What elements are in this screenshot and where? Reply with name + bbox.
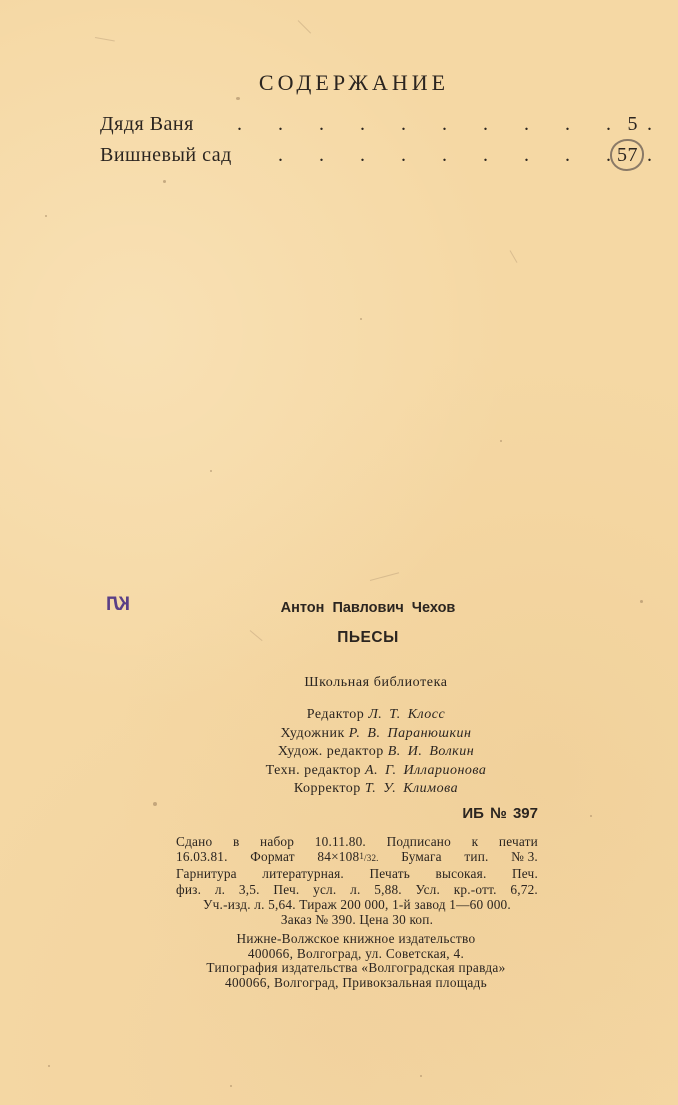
credit-name: Т. У. Климова xyxy=(365,781,458,796)
toc-entry-page: 57 xyxy=(617,144,638,167)
book-title: ПЬЕСЫ xyxy=(0,629,678,647)
toc-entry-title: Вишневый сад xyxy=(100,144,232,167)
toc-entry-page: 5 xyxy=(628,113,639,136)
credits-list: РедакторЛ. Т. Клосс ХудожникР. В. Параню… xyxy=(0,706,678,799)
leader-dots: . . . . . . . . . . . xyxy=(237,113,668,136)
credit-line: ХудожникР. В. Паранюшкин xyxy=(74,725,678,744)
imprint-line: Заказ № 390. Цена 30 коп. xyxy=(176,912,538,927)
publisher-info: Нижне-Волжское книжное издательство 4000… xyxy=(170,932,542,990)
credit-line: КорректорТ. У. Климова xyxy=(74,780,678,799)
credit-role: Корректор xyxy=(294,781,361,796)
paper-format: 84×1081/32. xyxy=(317,849,378,866)
imprint-line: физ.л.3,5.Печ.усл.л.5,88.Усл.кр.-отт.6,7… xyxy=(176,882,538,897)
credit-role: Худож. редактор xyxy=(278,744,384,759)
author-name: Антон Павлович Чехов xyxy=(0,600,678,616)
credit-role: Техн. редактор xyxy=(266,763,361,778)
publisher-line: Нижне-Волжское книжное издательство xyxy=(170,932,542,947)
credit-name: А. Г. Илларионова xyxy=(365,763,486,778)
imprint-line: 16.03.81. Формат 84×1081/32. Бумага тип.… xyxy=(176,849,538,866)
toc-entry[interactable]: Вишневый сад . . . . . . . . . . 57 xyxy=(100,144,640,170)
imprint-line: Гарнитуралитературная.Печатьвысокая.Печ. xyxy=(176,866,538,881)
credit-line: РедакторЛ. Т. Клосс xyxy=(74,706,678,725)
toc-entry[interactable]: Дядя Ваня . . . . . . . . . . . 5 xyxy=(100,113,640,139)
toc-entry-title: Дядя Ваня xyxy=(100,113,194,136)
credit-line: Техн. редакторА. Г. Илларионова xyxy=(74,762,678,781)
imprint-line: Сдановнабор10.11.80.Подписанокпечати xyxy=(176,834,538,849)
contents-heading: СОДЕРЖАНИЕ xyxy=(0,70,678,96)
credit-name: В. И. Волкин xyxy=(388,744,474,759)
publisher-line: 400066, Волгоград, Привокзальная площадь xyxy=(170,976,542,991)
publisher-line: 400066, Волгоград, ул. Советская, 4. xyxy=(170,947,542,962)
pencil-circle-mark xyxy=(610,139,644,171)
credit-line: Худож. редакторВ. И. Волкин xyxy=(74,743,678,762)
credit-name: Л. Т. Клосс xyxy=(368,707,445,722)
credit-role: Редактор xyxy=(307,707,365,722)
credit-role: Художник xyxy=(281,726,345,741)
credit-name: Р. В. Паранюшкин xyxy=(349,726,472,741)
publisher-line: Типография издательства «Волгоградская п… xyxy=(170,961,542,976)
ib-number: ИБ № 397 xyxy=(462,805,538,822)
series-name: Школьная библиотека xyxy=(0,675,678,691)
printing-details: Сдановнабор10.11.80.Подписанокпечати 16.… xyxy=(176,834,538,927)
imprint-line: Уч.-изд. л. 5,64. Тираж 200 000, 1-й зав… xyxy=(176,897,538,912)
